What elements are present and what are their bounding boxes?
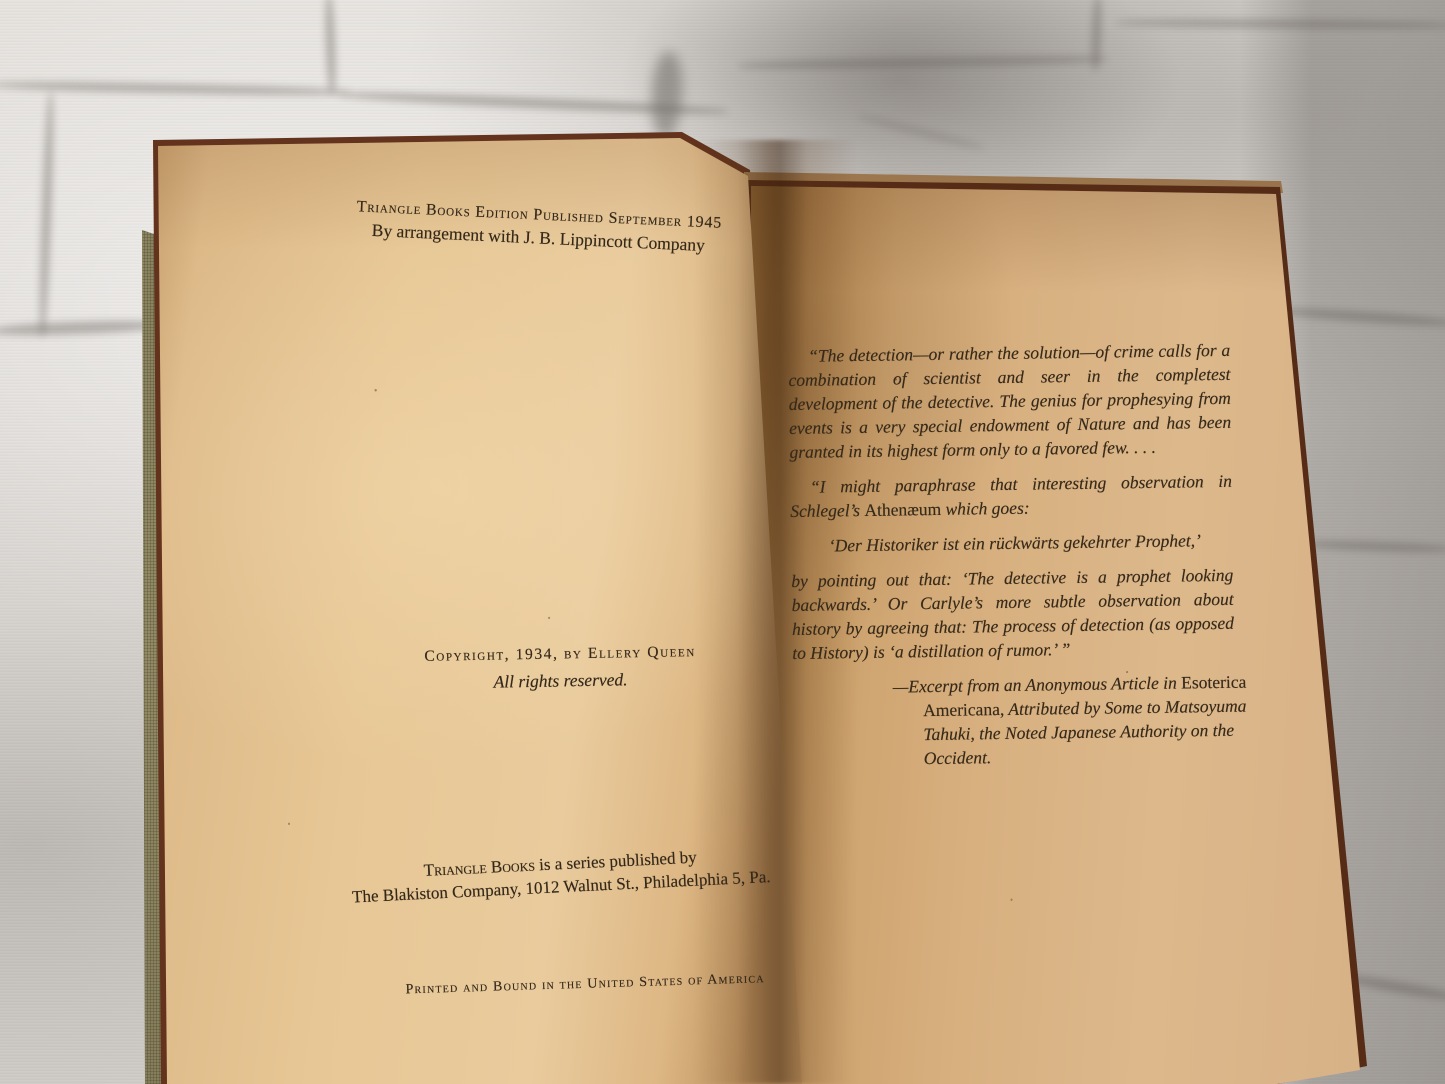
epigraph-para2-tail: which goes: — [941, 498, 1030, 519]
copyright-line: Copyright, 1934, by Ellery Queen — [415, 643, 705, 666]
german-quote: ‘Der Historiker ist ein rückwärts gekehr… — [791, 528, 1233, 558]
epigraph-para2-title: Athenæum — [864, 499, 941, 520]
book-photo-scene: Triangle Books Edition Published Septemb… — [0, 0, 1445, 1084]
epigraph-para3: by pointing out that: ‘The detective is … — [791, 563, 1234, 665]
epigraph-para1: “The detection—or rather the solution—of… — [788, 338, 1232, 464]
series-publisher-name: Triangle Books — [423, 856, 535, 880]
epigraph-text: “The detection—or rather the solution—of… — [788, 338, 1236, 772]
copyright-notice: Copyright, 1934, by Ellery Queen All rig… — [415, 643, 706, 694]
attribution-lead: —Excerpt from an Anonymous Article in — [893, 673, 1182, 697]
epigraph-para2: “I might paraphrase that interesting obs… — [790, 469, 1233, 523]
epigraph-attribution: —Excerpt from an Anonymous Article in Es… — [893, 669, 1272, 770]
